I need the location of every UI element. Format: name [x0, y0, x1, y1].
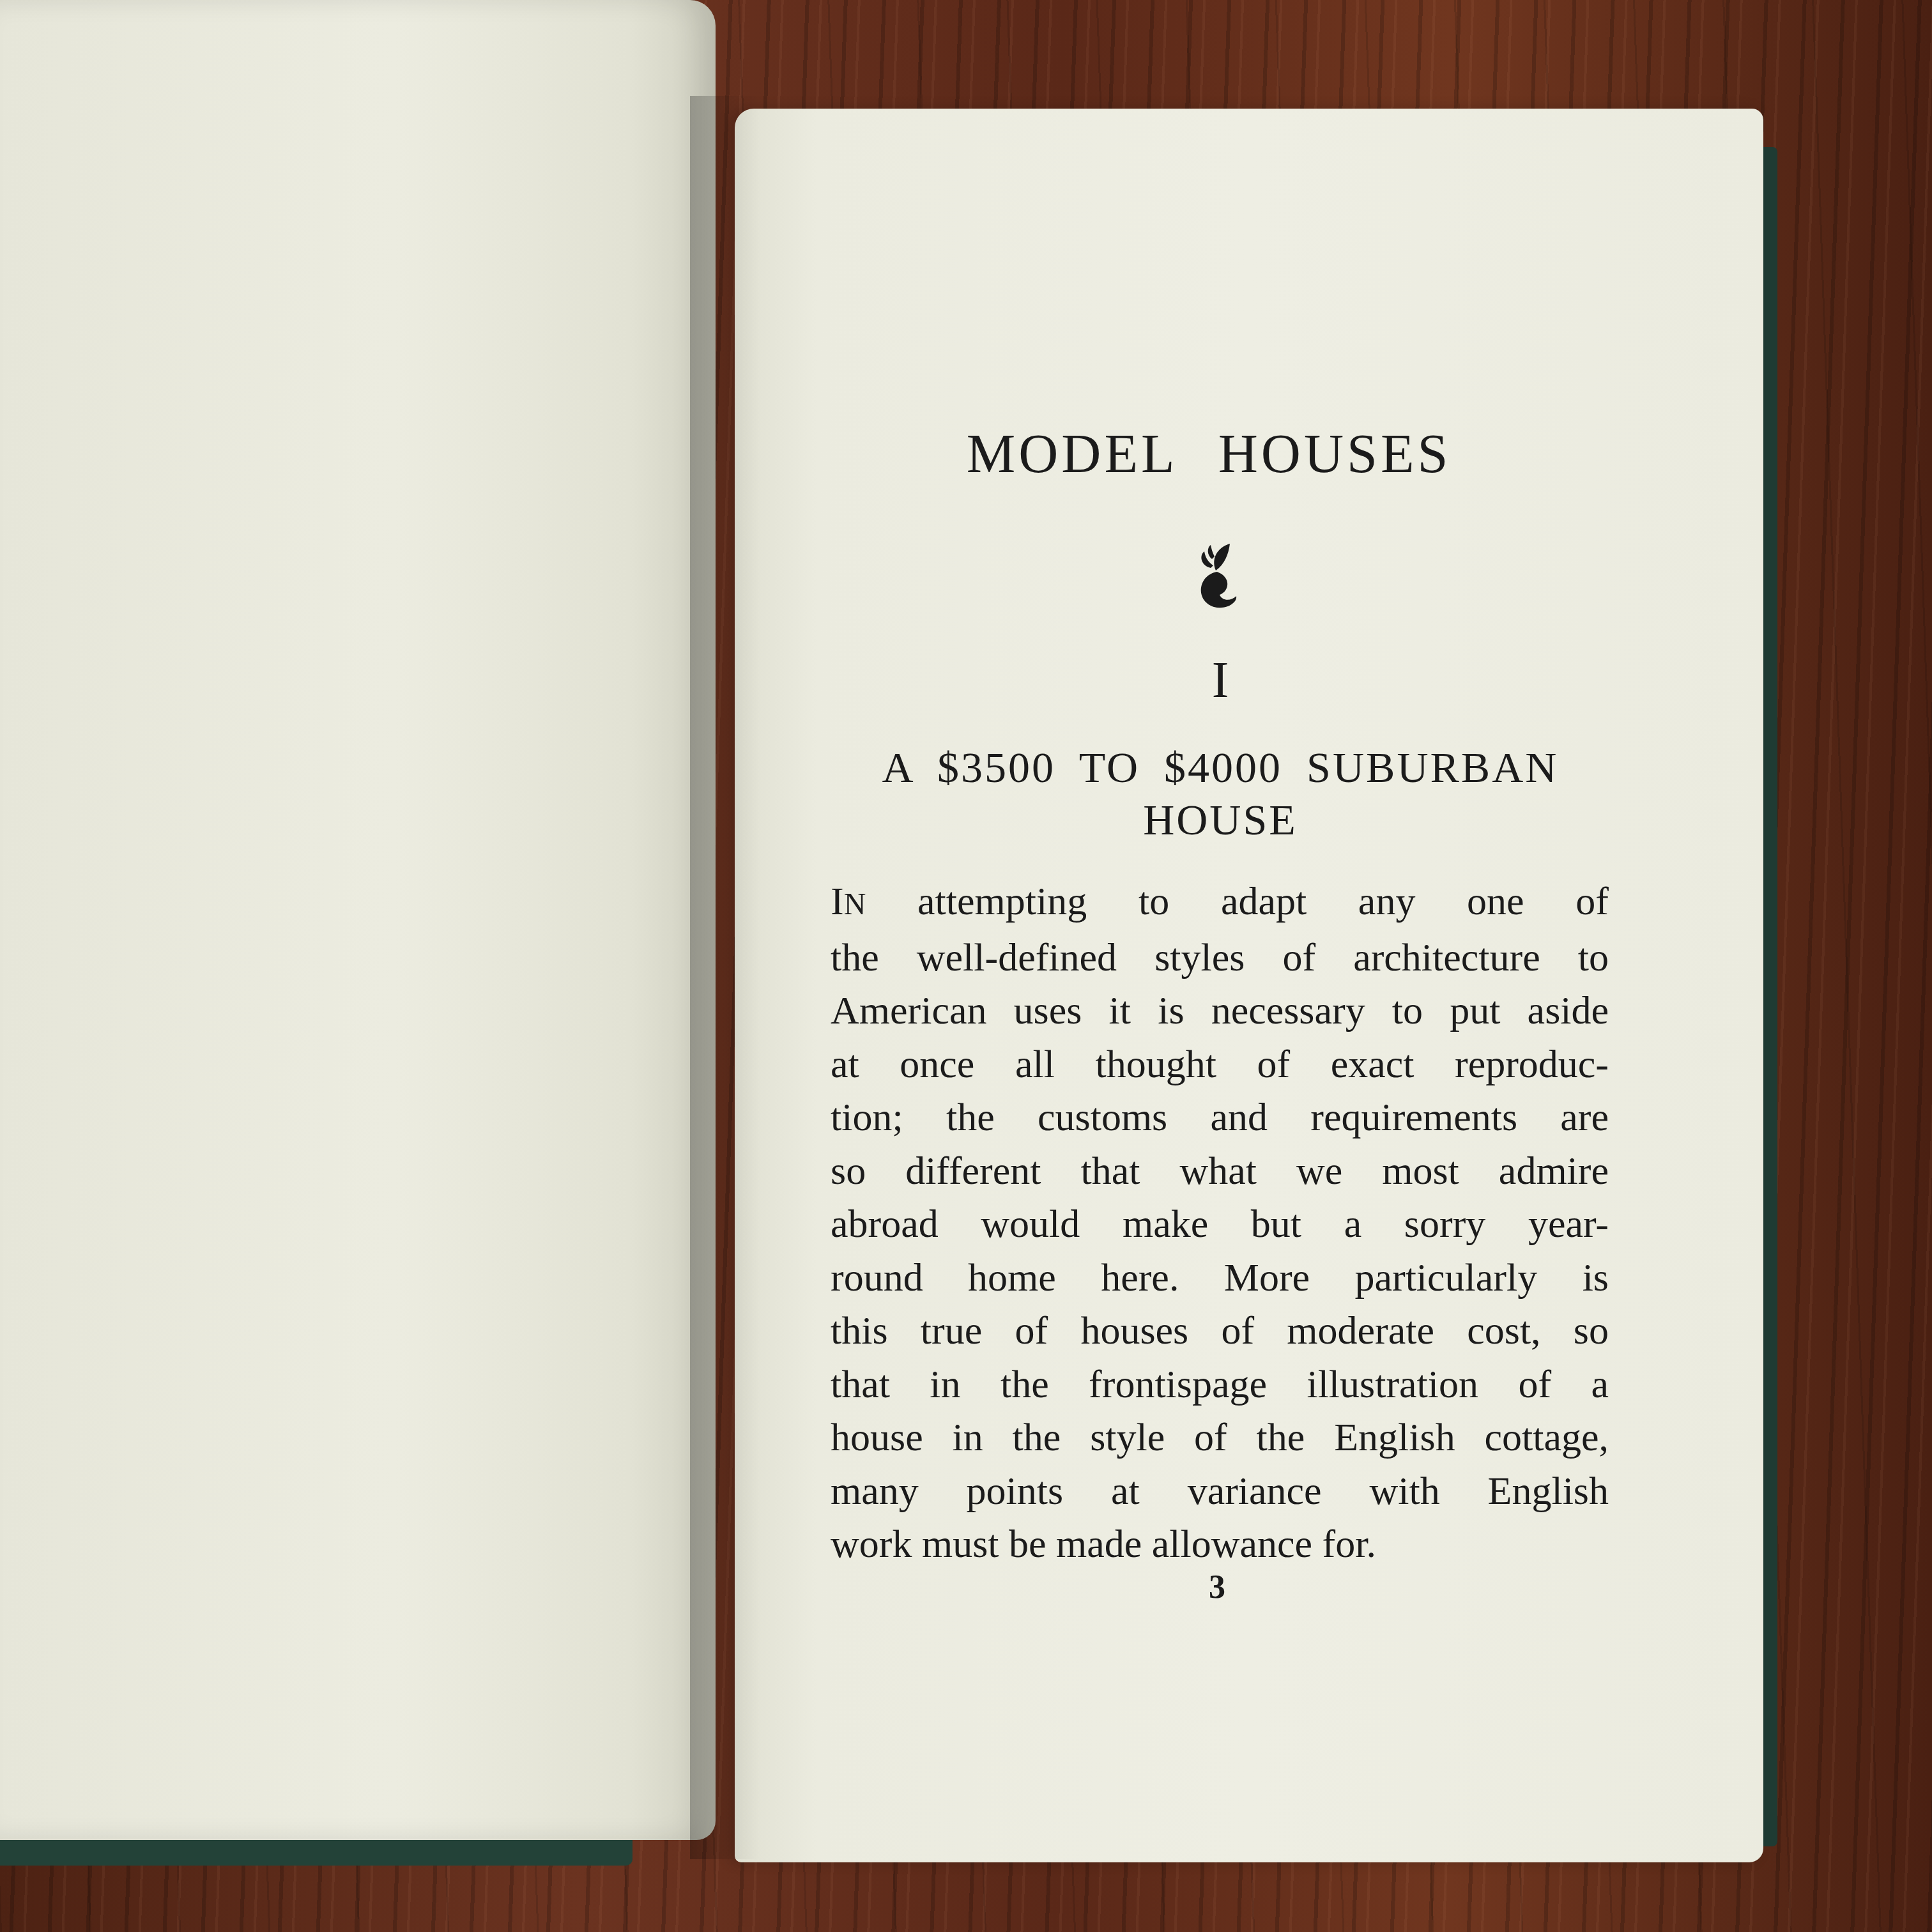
body-line: tion; the customs and requirements are [831, 1091, 1609, 1145]
chapter-heading-line-1: A $3500 TO $4000 SUBURBAN [850, 741, 1591, 793]
body-line: house in the style of the English cottag… [831, 1411, 1609, 1465]
smallcap: N [844, 887, 866, 921]
dropcap: I [831, 880, 844, 923]
body-paragraph: IN attempting to adapt any one of the we… [831, 875, 1609, 1572]
chapter-heading: A $3500 TO $4000 SUBURBAN HOUSE [850, 741, 1591, 846]
body-line: at once all thought of exact reproduc- [831, 1038, 1609, 1092]
page-number: 3 [1188, 1568, 1246, 1606]
chapter-heading-line-2: HOUSE [850, 793, 1591, 846]
running-title: MODEL HOUSES [243, 422, 1932, 486]
body-line: that in the frontispage illustration of … [831, 1358, 1609, 1412]
body-line: work must be made allowance for. [831, 1518, 1609, 1572]
body-line: American uses it is necessary to put asi… [831, 985, 1609, 1038]
left-blank-page [0, 0, 716, 1840]
body-line: many points at variance with English [831, 1465, 1609, 1519]
leaf-ornament-icon [1192, 540, 1243, 610]
body-line: this true of houses of moderate cost, so [831, 1305, 1609, 1358]
body-line: abroad would make but a sorry year- [831, 1198, 1609, 1252]
body-line: IN attempting to adapt any one of [831, 875, 1609, 931]
body-line: the well-defined styles of architecture … [831, 931, 1609, 985]
chapter-number: I [1182, 652, 1259, 710]
body-line: round home here. More particularly is [831, 1252, 1609, 1305]
body-line: so different that what we most admire [831, 1145, 1609, 1199]
book-gutter-shadow [690, 96, 760, 1859]
